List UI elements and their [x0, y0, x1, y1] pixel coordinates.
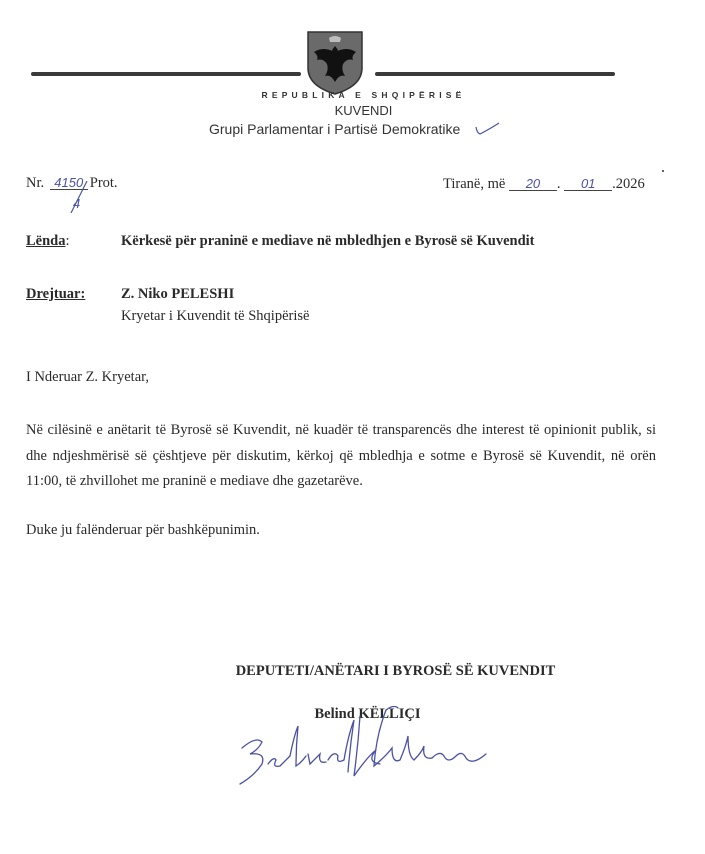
- body-paragraph: Në cilësinë e anëtarit të Byrosë së Kuve…: [26, 418, 656, 495]
- handwritten-signature-icon: [236, 706, 526, 816]
- date-separator: .: [557, 176, 561, 192]
- addressee-label: Drejtuar:: [26, 287, 85, 302]
- institution-name: KUVENDI: [0, 103, 705, 118]
- greeting: I Nderuar Z. Kryetar,: [26, 370, 149, 385]
- albanian-eagle-emblem-icon: [305, 30, 365, 96]
- recipient-title: Kryetar i Kuvendit të Shqipërisë: [121, 309, 309, 324]
- subject-text: Kërkesë për praninë e mediave në mbledhj…: [121, 234, 535, 249]
- nr-sub-value: 4: [73, 196, 80, 211]
- nr-suffix: Prot.: [90, 175, 118, 191]
- signatory-title: DEPUTETI/ANËTARI I BYROSË SË KUVENDIT: [0, 664, 705, 679]
- country-name: REPUBLIKA E SHQIPËRISË: [0, 90, 705, 100]
- subject-label: Lënda:: [26, 234, 70, 249]
- date-day: 20: [509, 177, 557, 191]
- date-year: .2026: [612, 176, 645, 192]
- document-date: Tiranë, më 20. 01.2026: [443, 177, 645, 192]
- recipient-name: Z. Niko PELESHI: [121, 287, 234, 302]
- handwritten-check-icon: [474, 122, 500, 136]
- date-prefix: Tiranë, më: [443, 176, 505, 192]
- date-month: 01: [564, 177, 612, 191]
- nr-label: Nr.: [26, 175, 44, 191]
- closing-line: Duke ju falënderuar për bashkëpunimin.: [26, 523, 260, 538]
- stray-mark: [662, 170, 664, 172]
- header-rule-right: [375, 72, 615, 76]
- parliamentary-group: Grupi Parlamentar i Partisë Demokratike: [209, 121, 460, 137]
- header-rule-left: [31, 72, 301, 76]
